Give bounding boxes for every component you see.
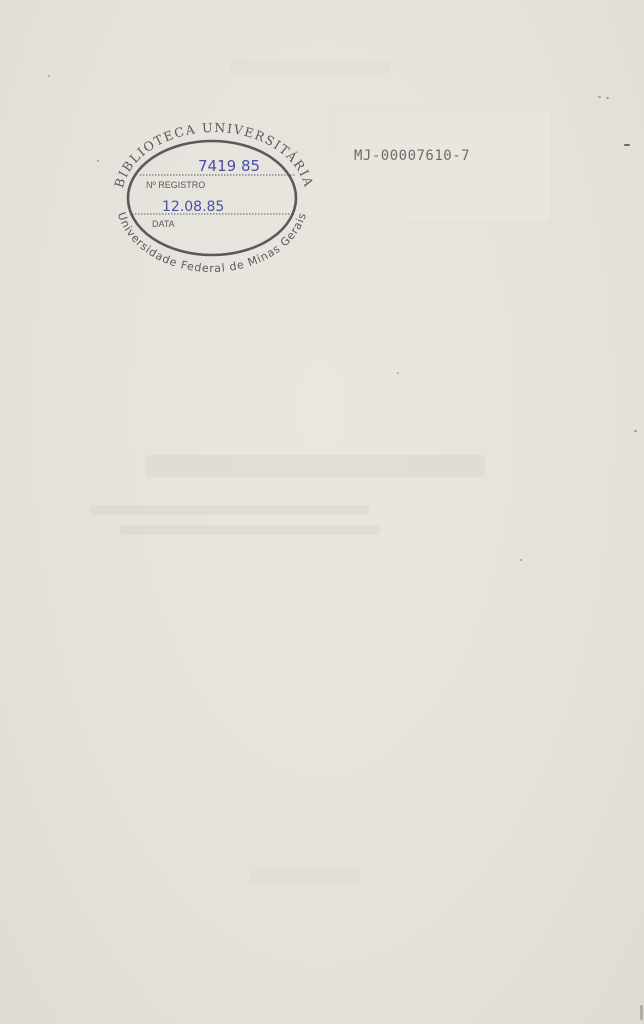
bleed-through-block: [230, 60, 390, 74]
dust-speck: [97, 160, 99, 162]
dust-speck: [598, 96, 601, 98]
bleed-through-title: [145, 455, 485, 477]
dust-speck: [48, 75, 50, 77]
dust-speck: [624, 144, 630, 146]
data-handwritten: 12.08.85: [162, 199, 224, 215]
bleed-through-line: [90, 505, 370, 515]
dust-speck: [397, 372, 399, 374]
bleed-through-line: [120, 525, 380, 535]
stamp-arc-bottom: Universidade Federal de Minas Gerais: [115, 211, 309, 275]
stamp-arc-top: BIBLIOTECA UNIVERSITÁRIA: [111, 120, 317, 190]
registro-handwritten: 7419 85: [198, 157, 260, 175]
data-label: DATA: [152, 219, 175, 229]
catalog-label: [335, 112, 550, 220]
catalog-code: MJ-00007610-7: [354, 148, 470, 164]
bleed-through-block: [250, 870, 360, 884]
registro-label: Nº REGISTRO: [146, 180, 205, 190]
dust-speck: [640, 1005, 643, 1020]
scanned-page: BIBLIOTECA UNIVERSITÁRIA Universidade Fe…: [0, 0, 644, 1024]
dust-speck: [520, 559, 522, 561]
dust-speck: [606, 97, 609, 99]
library-stamp: BIBLIOTECA UNIVERSITÁRIA Universidade Fe…: [100, 118, 330, 288]
dust-speck: [634, 430, 637, 432]
